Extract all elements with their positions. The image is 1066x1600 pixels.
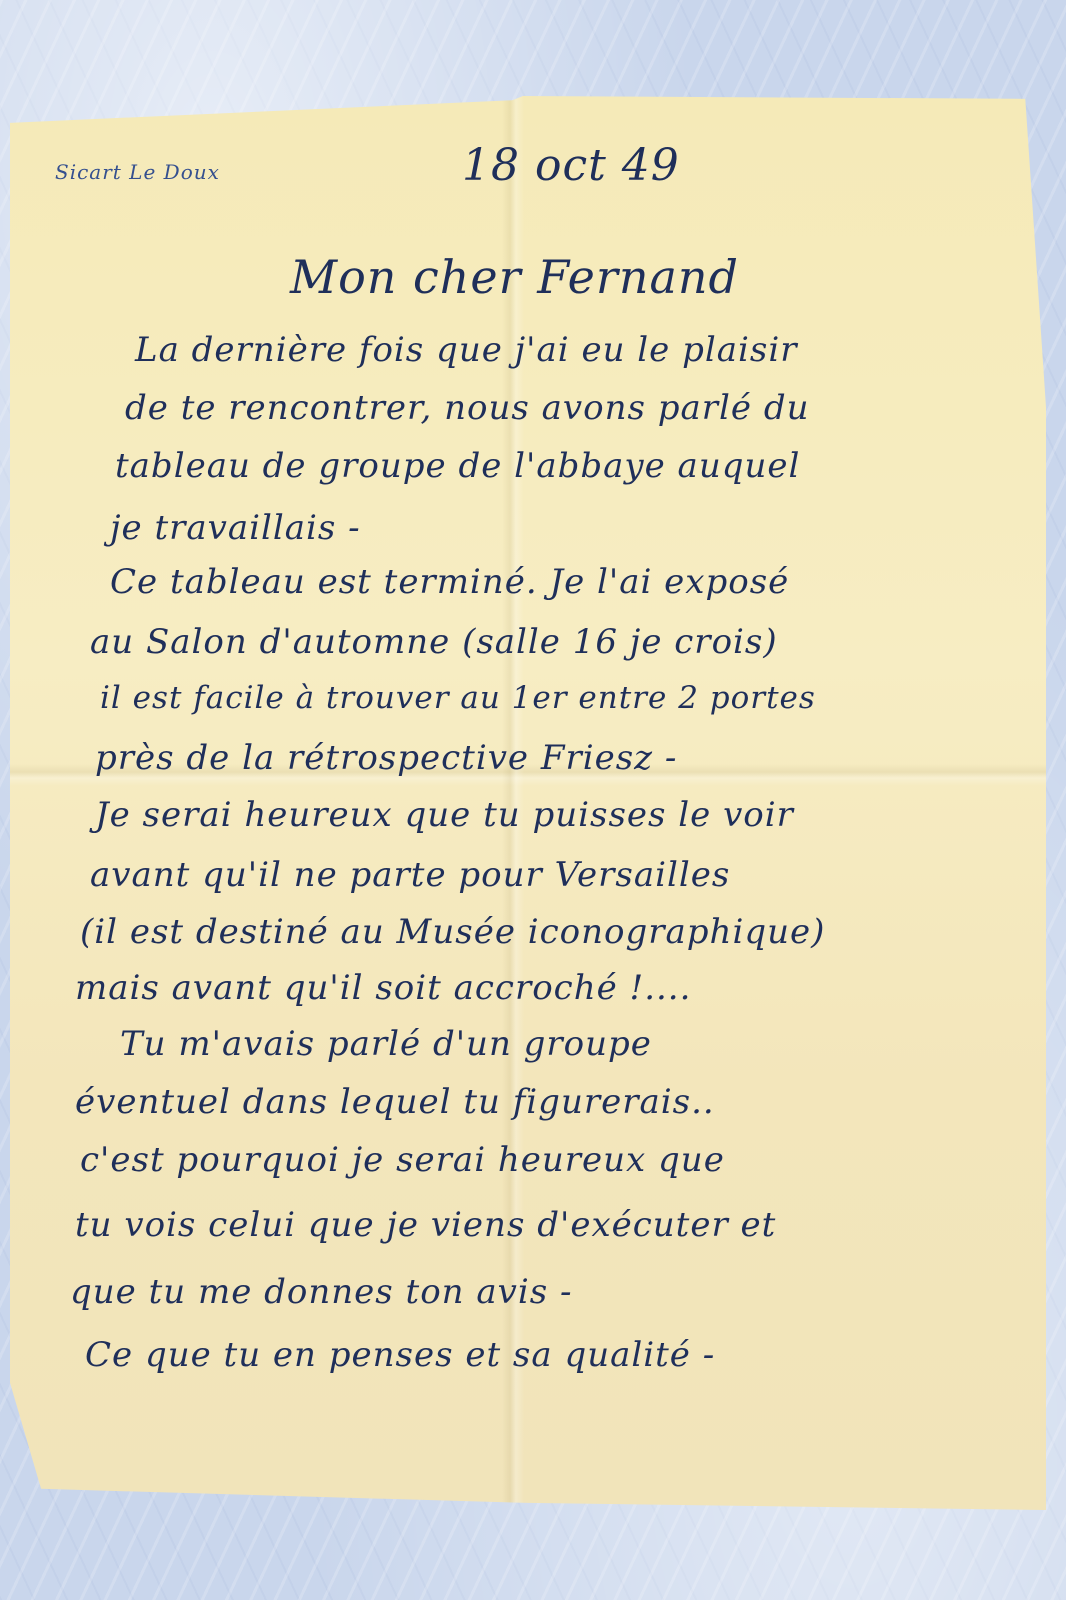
letter-line: La dernière fois que j'ai eu le plaisir bbox=[135, 330, 797, 370]
letter-line: que tu me donnes ton avis - bbox=[70, 1272, 572, 1312]
letter-line: au Salon d'automne (salle 16 je crois) bbox=[90, 622, 778, 662]
letter-line: éventuel dans lequel tu figurerais.. bbox=[75, 1082, 715, 1122]
letter-line: c'est pourquoi je serai heureux que bbox=[80, 1140, 725, 1180]
letter-line: je travaillais - bbox=[110, 508, 361, 548]
letter-date: 18 oct 49 bbox=[462, 140, 680, 191]
letter-line: (il est destiné au Musée iconographique) bbox=[80, 912, 825, 952]
annotation-note: Sicart Le Doux bbox=[55, 160, 220, 184]
letter-line: tableau de groupe de l'abbaye auquel bbox=[115, 446, 800, 486]
letter-line: près de la rétrospective Friesz - bbox=[95, 738, 677, 778]
letter-line: mais avant qu'il soit accroché !.... bbox=[75, 968, 691, 1008]
letter-line: Je serai heureux que tu puisses le voir bbox=[95, 795, 794, 835]
letter-line: de te rencontrer, nous avons parlé du bbox=[125, 388, 810, 428]
letter-line: il est facile à trouver au 1er entre 2 p… bbox=[100, 680, 816, 716]
letter-salutation: Mon cher Fernand bbox=[290, 250, 739, 304]
letter-line: Tu m'avais parlé d'un groupe bbox=[120, 1024, 652, 1064]
letter-line: avant qu'il ne parte pour Versailles bbox=[90, 855, 730, 895]
letter-line: tu vois celui que je viens d'exécuter et bbox=[75, 1205, 776, 1245]
letter-line: Ce que tu en penses et sa qualité - bbox=[85, 1335, 715, 1375]
letter-line: Ce tableau est terminé. Je l'ai exposé bbox=[110, 562, 789, 602]
